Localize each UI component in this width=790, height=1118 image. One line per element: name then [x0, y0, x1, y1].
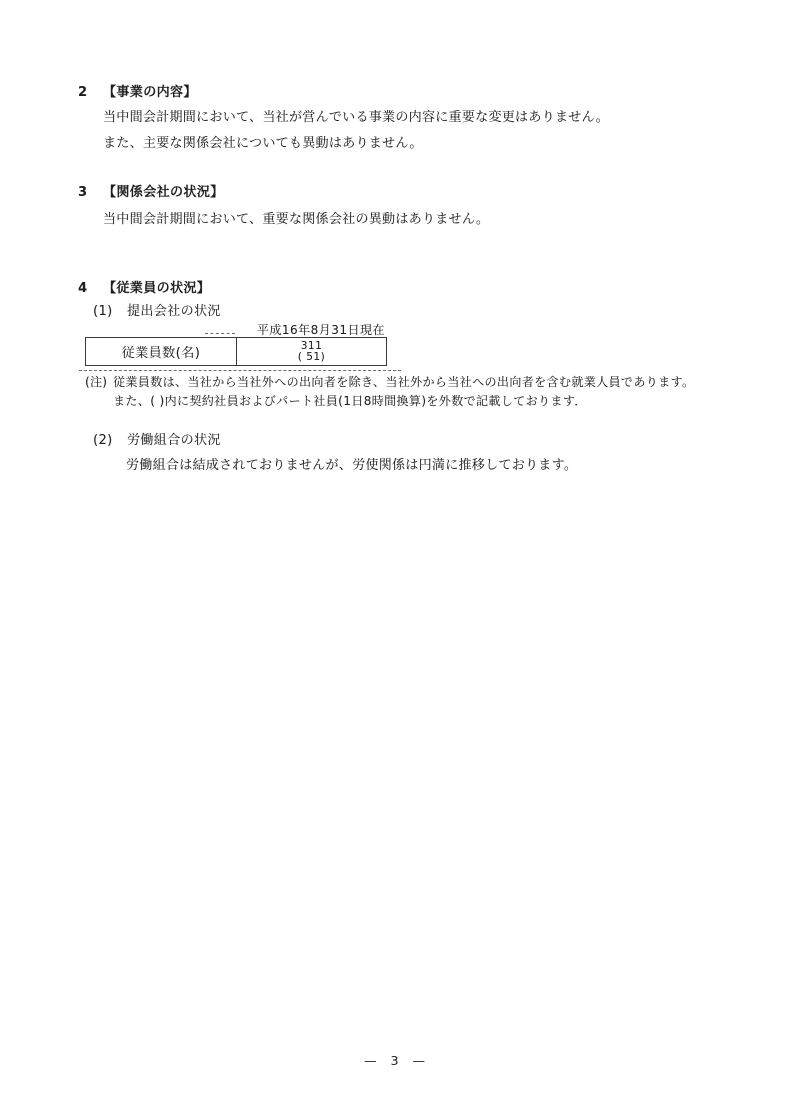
- section-business-line-1: 当中間会計期間において、当社が営んでいる事業の内容に重要な変更はありません。: [103, 105, 609, 131]
- section-business-heading: 2【事業の内容】: [78, 86, 197, 100]
- scan-artifact-dash-bottom: [79, 370, 401, 371]
- section-affiliates-paragraph: 当中間会計期間において、重要な関係会社の異動はありません。: [103, 213, 489, 227]
- subsection-1-heading: (1)提出会社の状況: [93, 305, 221, 319]
- section-affiliates-heading: 3【関係会社の状況】: [78, 186, 224, 200]
- employees-table-row-header: 従業員数(名): [86, 338, 237, 365]
- page-number: — 3 —: [0, 1053, 790, 1068]
- scan-artifact-dash: [205, 333, 235, 334]
- section-employees-number: 4: [78, 282, 103, 296]
- note-label: (注): [85, 376, 107, 389]
- note-line-1: 従業員数は、当社から当社外への出向者を除き、当社外から当社への出向者を含む就業人…: [113, 373, 694, 392]
- section-employees-title: 【従業員の状況】: [103, 281, 210, 296]
- section-business-number: 2: [78, 86, 103, 100]
- employees-table: 従業員数(名) 311 ( 51): [85, 337, 387, 366]
- employees-table-date-caption: 平成16年8月31日現在: [85, 324, 385, 337]
- section-employees-heading: 4【従業員の状況】: [78, 282, 210, 296]
- subsection-1-title: 提出会社の状況: [127, 304, 221, 319]
- section-business-paragraph: 当中間会計期間において、当社が営んでいる事業の内容に重要な変更はありません。 ま…: [103, 105, 609, 156]
- subsection-2-paragraph: 労働組合は結成されておりませんが、労使関係は円満に推移しております。: [126, 459, 577, 473]
- note-line-2: また、( )内に契約社員およびパート社員(1日8時間換算)を外数で記載しておりま…: [113, 392, 694, 411]
- subsection-1-label: (1): [93, 305, 127, 319]
- employees-table-value-cell: 311 ( 51): [237, 338, 386, 365]
- subsection-2-label: (2): [93, 434, 127, 448]
- employee-count-sub: ( 51): [298, 352, 325, 364]
- subsection-2-title: 労働組合の状況: [127, 433, 221, 448]
- section-business-title: 【事業の内容】: [103, 85, 197, 100]
- subsection-2-heading: (2)労働組合の状況: [93, 434, 221, 448]
- section-affiliates-number: 3: [78, 186, 103, 200]
- section-business-line-2: また、主要な関係会社についても異動はありません。: [103, 131, 609, 157]
- section-affiliates-title: 【関係会社の状況】: [103, 185, 224, 200]
- scanned-report-page: 2【事業の内容】 当中間会計期間において、当社が営んでいる事業の内容に重要な変更…: [0, 0, 790, 1118]
- note-text: 従業員数は、当社から当社外への出向者を除き、当社外から当社への出向者を含む就業人…: [113, 373, 694, 410]
